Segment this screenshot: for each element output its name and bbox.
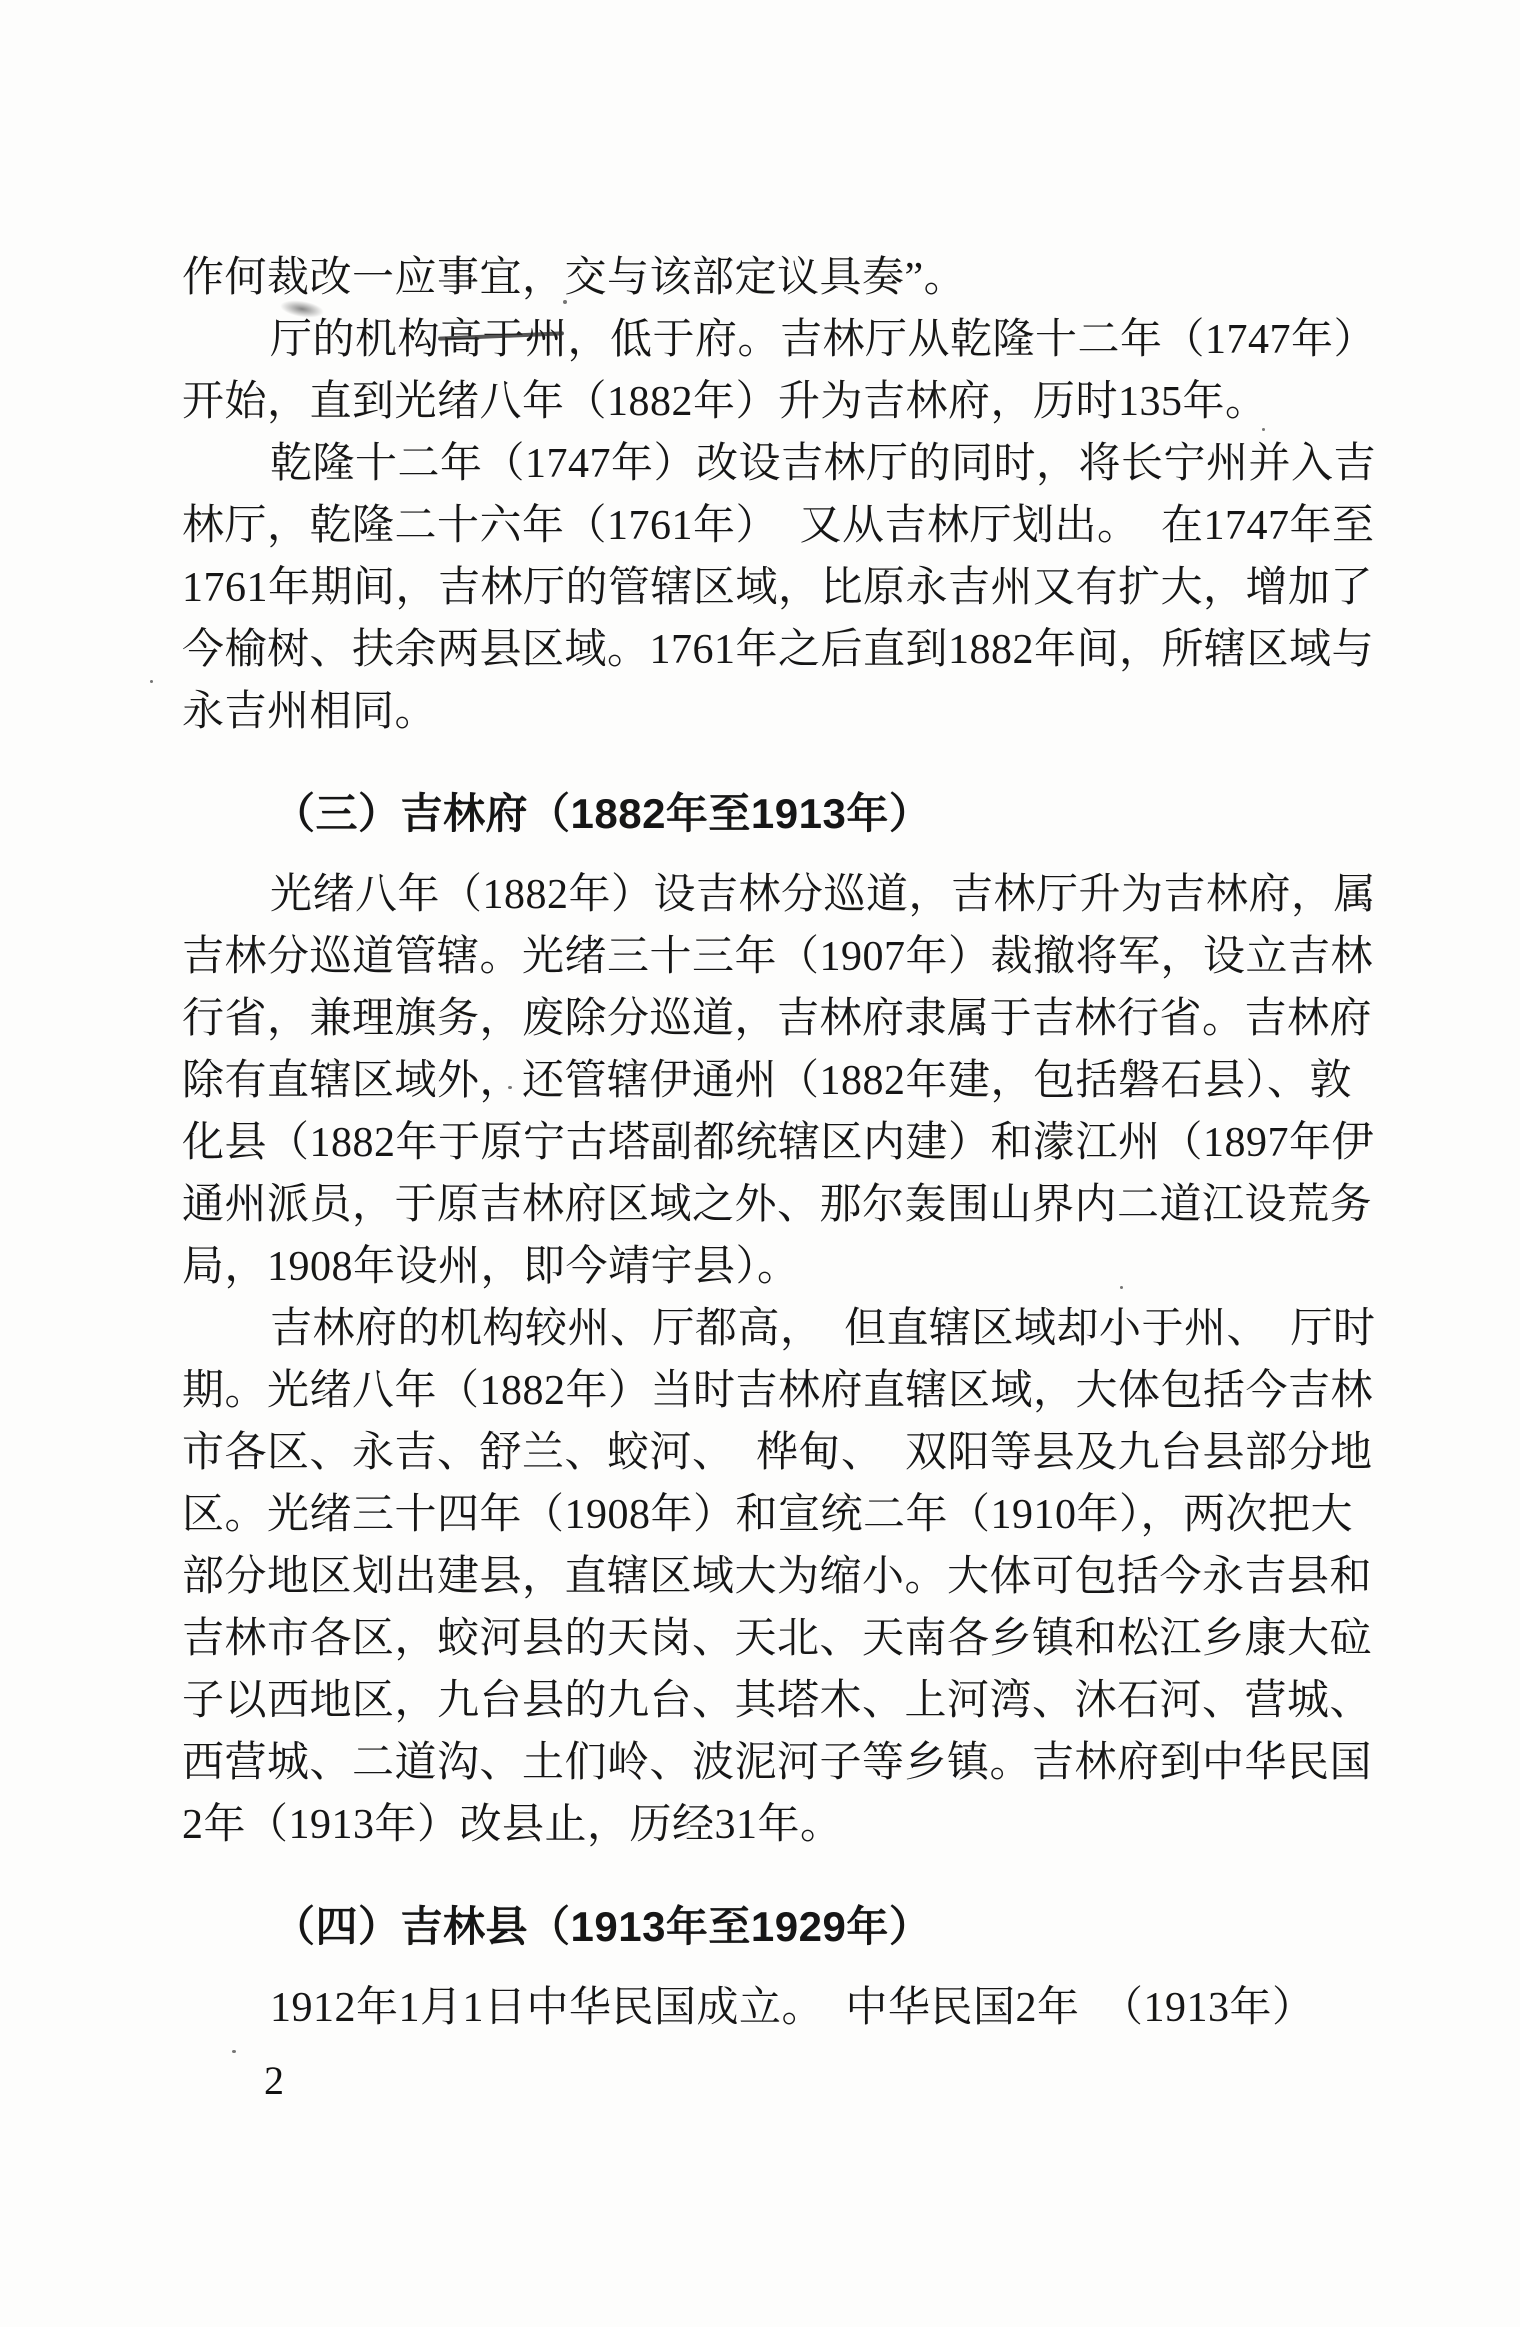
text-line: 市各区、永吉、舒兰、蛟河、 桦甸、 双阳等县及九台县部分地 [182,1422,1350,1484]
text-line: 今榆树、扶余两县区域。1761年之后直到1882年间，所辖区域与 [182,619,1350,681]
text-line: 乾隆十二年（1747年）改设吉林厅的同时，将长宁州并入吉 [182,433,1350,495]
section-heading-4: （四）吉林县（1913年至1929年） [182,1896,1350,1958]
text-line: 1912年1月1日中华民国成立。 中华民国2年 （1913年） [182,1977,1350,2039]
text-line: 化县（1882年于原宁古塔副都统辖区内建）和濛江州（1897年伊 [182,1112,1350,1174]
text-line: 光绪八年（1882年）设吉林分巡道，吉林厅升为吉林府，属 [182,864,1350,926]
text-line: 通州派员，于原吉林府区域之外、那尔轰围山界内二道江设荒务 [182,1174,1350,1236]
text-line: 作何裁改一应事宜，交与该部定议具奏”。 [182,247,1350,309]
text-line: 区。光绪三十四年（1908年）和宣统二年（1910年），两次把大 [182,1484,1350,1546]
page-number: 2 [264,2056,284,2106]
text-line: 部分地区划出建县，直辖区域大为缩小。大体可包括今永吉县和 [182,1546,1350,1608]
scan-speck [150,680,153,683]
scan-speck [1262,428,1265,431]
scan-speck [232,2050,236,2053]
text-line: 开始，直到光绪八年（1882年）升为吉林府，历时135年。 [182,371,1350,433]
text-line: 局，1908年设州，即今靖宇县）。 [182,1236,1350,1298]
text-line: 吉林府的机构较州、厅都高， 但直辖区域却小于州、 厅时 [182,1298,1350,1360]
scanned-book-page: 作何裁改一应事宜，交与该部定议具奏”。 厅的机构高于州，低于府。吉林厅从乾隆十二… [0,0,1520,2327]
text-line: 1761年期间，吉林厅的管辖区域，比原永吉州又有扩大，增加了 [182,557,1350,619]
text-line: 永吉州相同。 [182,681,1350,743]
text-line: 吉林市各区，蛟河县的天岗、天北、天南各乡镇和松江乡康大砬 [182,1608,1350,1670]
text-line: 期。光绪八年（1882年）当时吉林府直辖区域，大体包括今吉林 [182,1360,1350,1422]
text-line: 吉林分巡道管辖。光绪三十三年（1907年）裁撤将军，设立吉林 [182,926,1350,988]
text-line: 西营城、二道沟、土们岭、波泥河子等乡镇。吉林府到中华民国 [182,1732,1350,1794]
text-line: 行省，兼理旗务，废除分巡道，吉林府隶属于吉林行省。吉林府 [182,988,1350,1050]
scan-speck [563,300,567,304]
text-line: 2年（1913年）改县止，历经31年。 [182,1794,1350,1856]
text-line: 林厅，乾隆二十六年（1761年） 又从吉林厅划出。 在1747年至 [182,495,1350,557]
scan-speck [1120,1286,1123,1289]
section-heading-3: （三）吉林府（1882年至1913年） [182,783,1350,845]
text-line: 除有直辖区域外，还管辖伊通州（1882年建，包括磐石县）、敦 [182,1050,1350,1112]
text-line: 厅的机构高于州，低于府。吉林厅从乾隆十二年（1747年） [182,309,1350,371]
text-line: 子以西地区，九台县的九台、其塔木、上河湾、沐石河、营城、 [182,1670,1350,1732]
body-text: 作何裁改一应事宜，交与该部定议具奏”。 厅的机构高于州，低于府。吉林厅从乾隆十二… [182,247,1350,2039]
scan-speck [508,1086,512,1089]
